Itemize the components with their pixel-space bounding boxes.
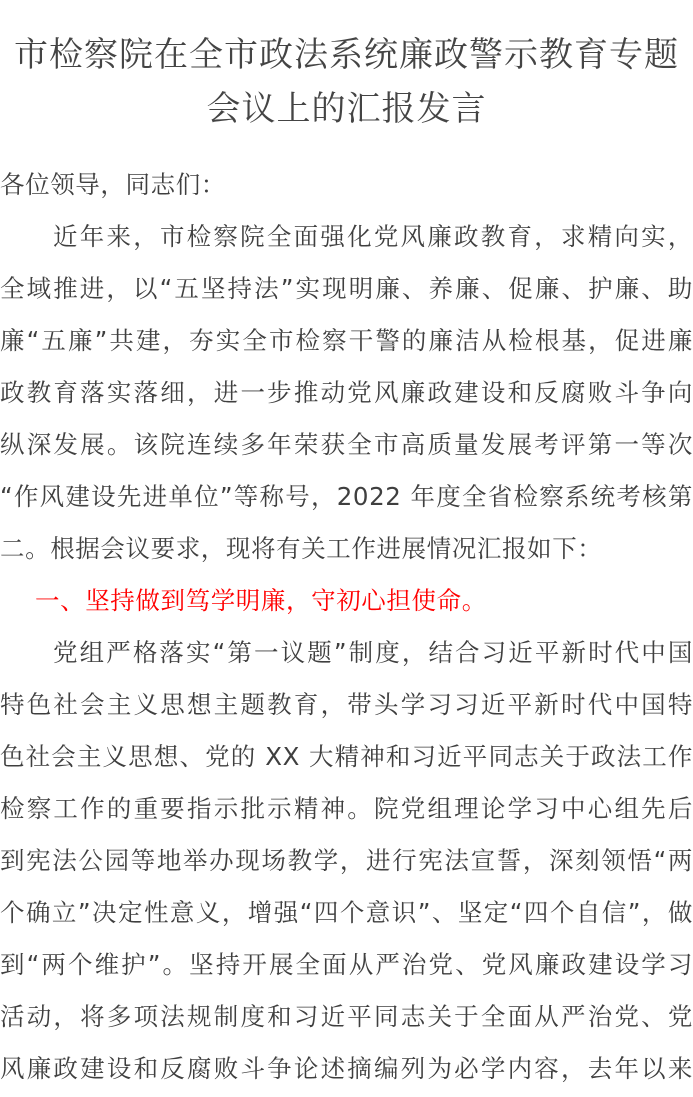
paragraph-intro: 近年来，市检察院全面强化党风廉政教育，求精向实， 全域推进，以“五坚持法”实现明… <box>0 211 693 575</box>
paragraph-line: 活动，将多项法规制度和习近平同志关于全面从严治党、党 <box>0 991 693 1043</box>
paragraph-line: 特色社会主义思想主题教育，带头学习习近平新时代中国特 <box>0 679 693 731</box>
paragraph-line: 党组严格落实“第一议题”制度，结合习近平新时代中国 <box>0 627 693 679</box>
paragraph-line: 检察工作的重要指示批示精神。院党组理论学习中心组先后 <box>0 783 693 835</box>
paragraph-line: 到宪法公园等地举办现场教学，进行宪法宣誓，深刻领悟“两 <box>0 835 693 887</box>
paragraph-line: 政教育落实落细，进一步推动党风廉政建设和反腐败斗争向 <box>0 367 693 419</box>
title-line-2: 会议上的汇报发言 <box>0 82 693 136</box>
document-title: 市检察院在全市政法系统廉政警示教育专题 会议上的汇报发言 <box>0 28 693 136</box>
document-body: 各位领导，同志们： 近年来，市检察院全面强化党风廉政教育，求精向实， 全域推进，… <box>0 159 693 1095</box>
salutation: 各位领导，同志们： <box>0 159 693 211</box>
paragraph-line: 二。根据会议要求，现将有关工作进展情况汇报如下： <box>0 523 693 575</box>
title-line-1: 市检察院在全市政法系统廉政警示教育专题 <box>0 28 693 82</box>
paragraph-line: 到“两个维护”。坚持开展全面从严治党、党风廉政建设学习 <box>0 939 693 991</box>
paragraph-line: 纵深发展。该院连续多年荣获全市高质量发展考评第一等次 <box>0 419 693 471</box>
paragraph-line: 全域推进，以“五坚持法”实现明廉、养廉、促廉、护廉、助 <box>0 263 693 315</box>
paragraph-line: 风廉政建设和反腐败斗争论述摘编列为必学内容，去年以来 <box>0 1043 693 1095</box>
paragraph-line: 近年来，市检察院全面强化党风廉政教育，求精向实， <box>0 211 693 263</box>
paragraph-line: “作风建设先进单位”等称号，2022 年度全省检察系统考核第 <box>0 471 693 523</box>
paragraph-line: 廉“五廉”共建，夯实全市检察干警的廉洁从检根基，促进廉 <box>0 315 693 367</box>
section-heading-1: 一、坚持做到笃学明廉，守初心担使命。 <box>0 575 693 627</box>
paragraph-line: 个确立”决定性意义，增强“四个意识”、坚定“四个自信”，做 <box>0 887 693 939</box>
paragraph-line: 色社会主义思想、党的 XX 大精神和习近平同志关于政法工作 <box>0 731 693 783</box>
paragraph-section-1: 党组严格落实“第一议题”制度，结合习近平新时代中国 特色社会主义思想主题教育，带… <box>0 627 693 1095</box>
